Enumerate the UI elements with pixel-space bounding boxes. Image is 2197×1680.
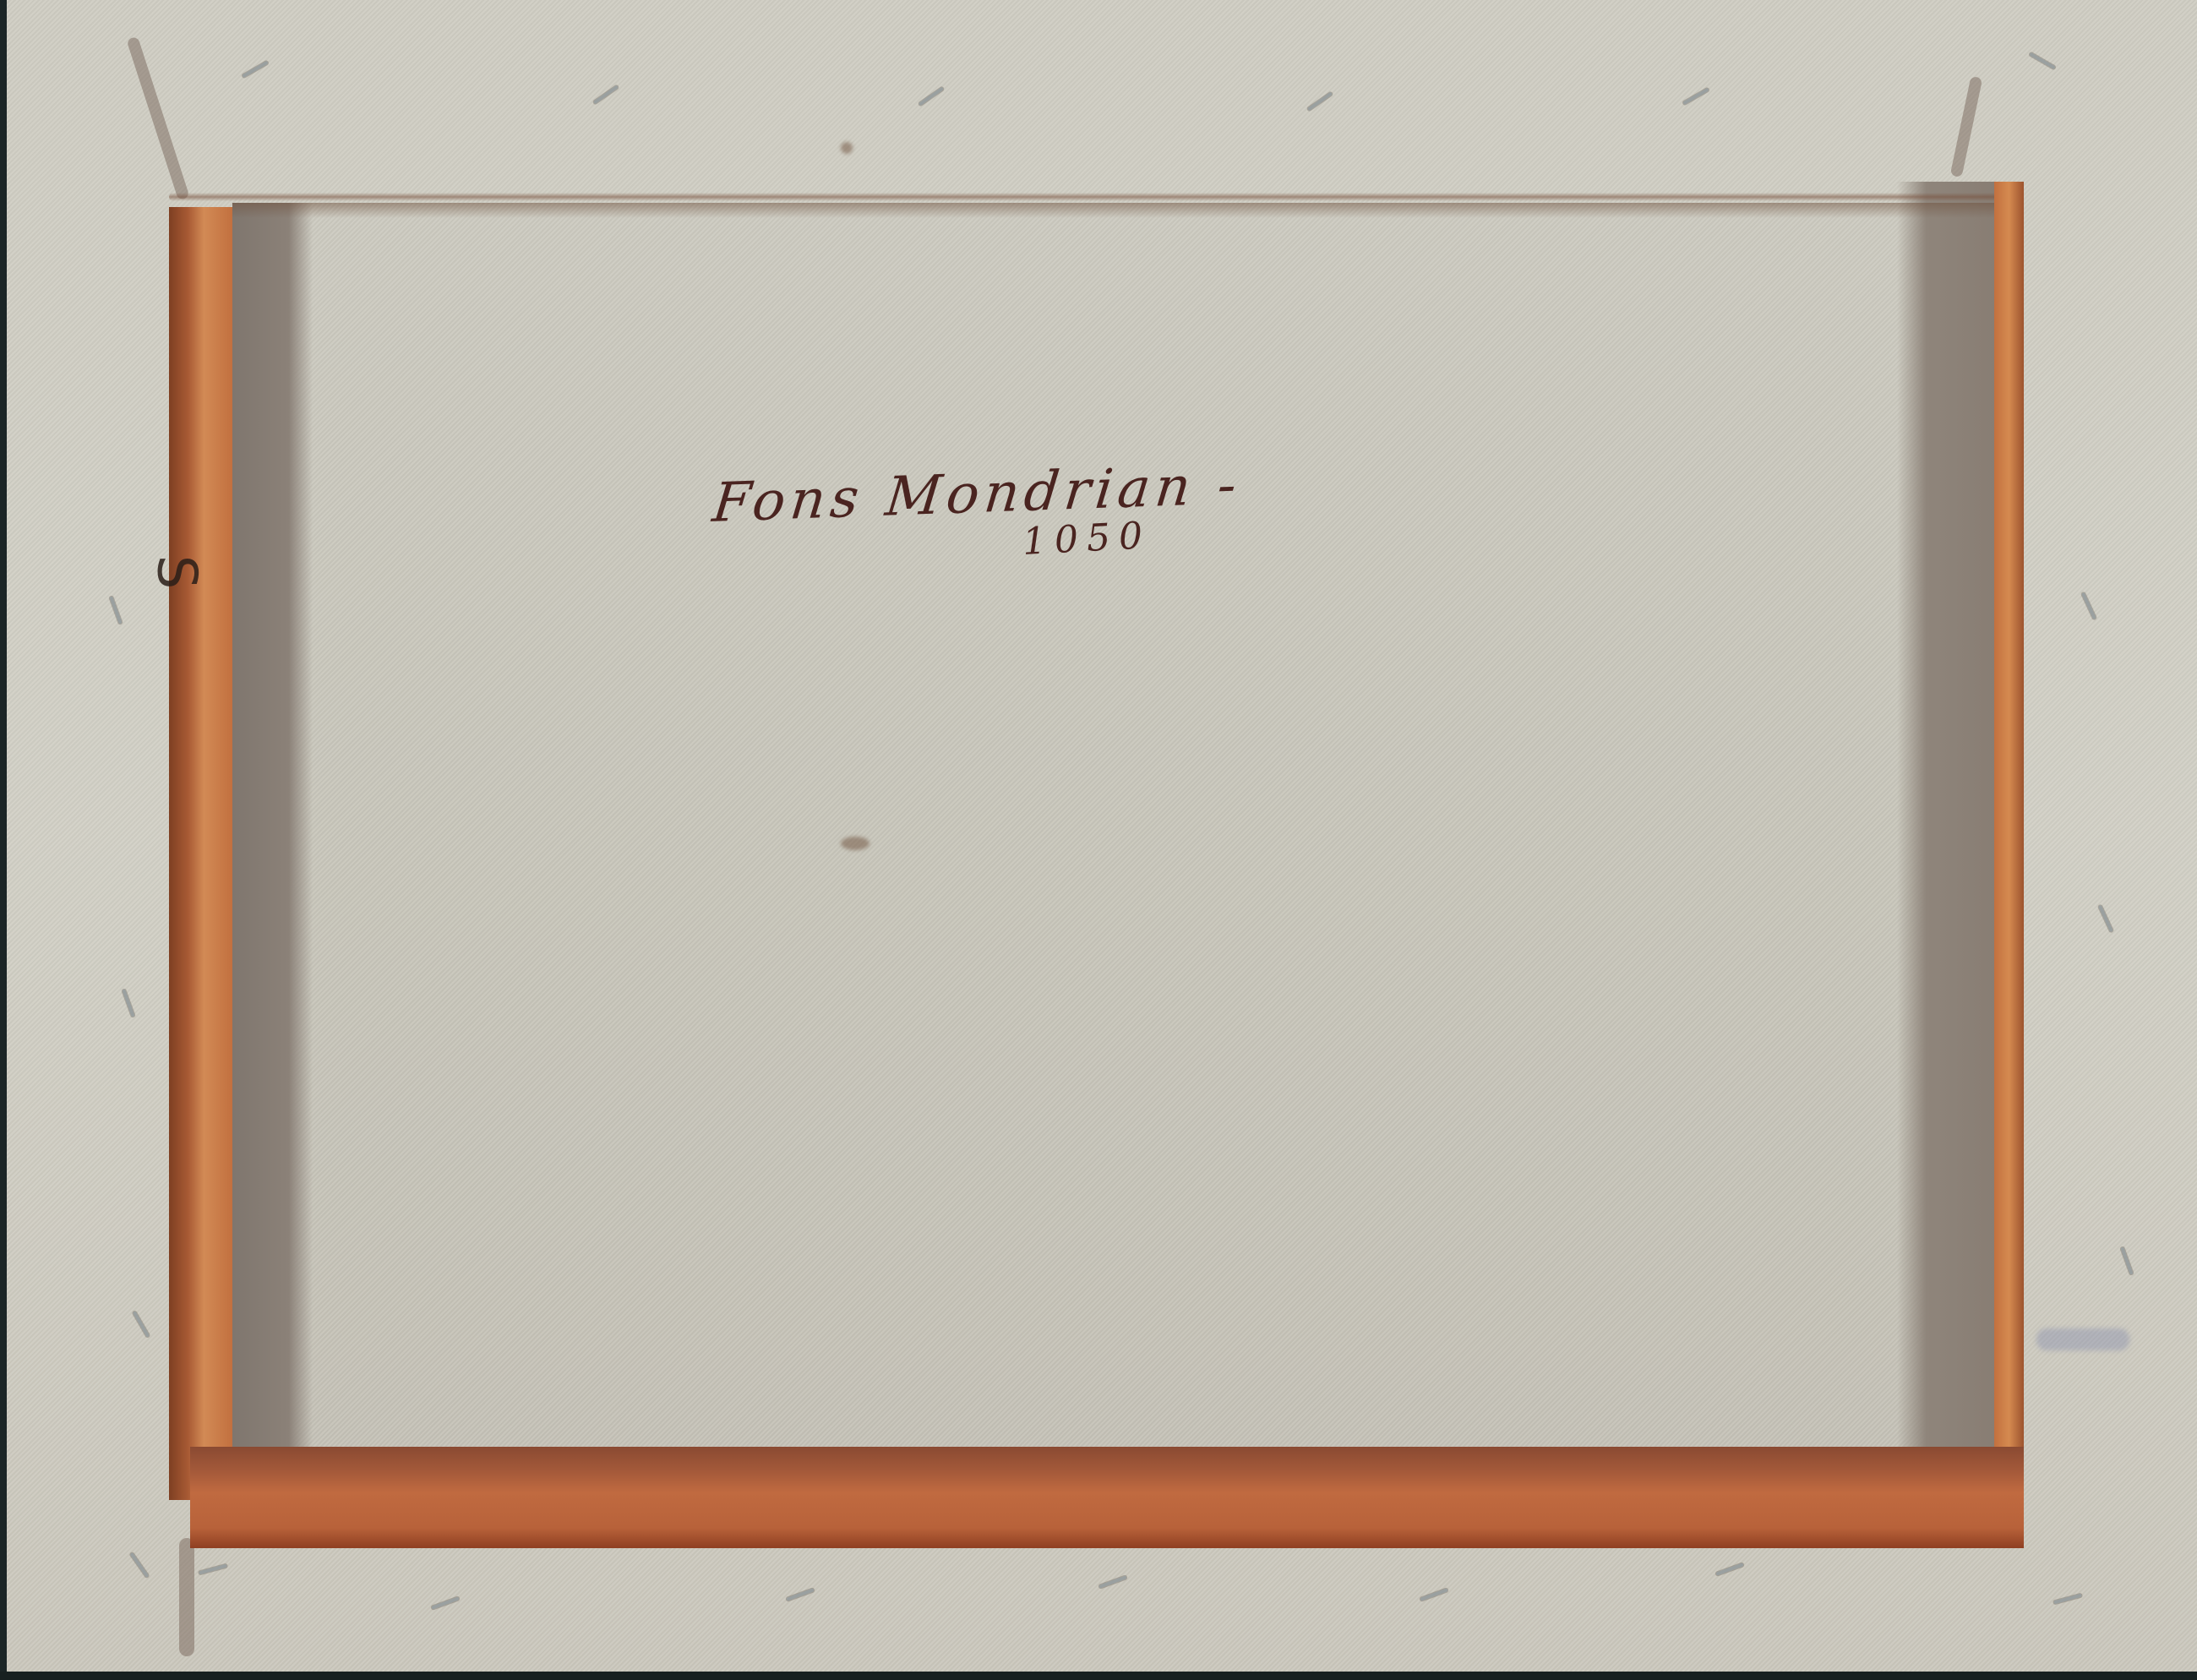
left-bar-shadow [232, 203, 313, 1447]
canvas-back-photo: S Fons Mondrian - 1050 [0, 0, 2197, 1680]
canvas-smudge [841, 837, 870, 850]
blue-pencil-mark [2036, 1328, 2129, 1350]
right-bar-shadow [1897, 182, 1994, 1447]
fabric-spot [841, 142, 853, 154]
top-edge-shadow [232, 203, 1994, 218]
inner-canvas [232, 203, 1994, 1447]
left-dark-edge [0, 0, 7, 1680]
top-fold-edge [169, 193, 2020, 201]
signature-date: 1050 [1022, 514, 1152, 564]
stretcher-bar-left [169, 207, 232, 1500]
stretcher-bar-bottom [190, 1447, 2024, 1548]
fabric-crease-bottom-left [179, 1538, 194, 1656]
bottom-dark-edge [0, 1672, 2197, 1680]
stretcher-bar-right [1994, 182, 2024, 1500]
stretcher-pencil-mark: S [144, 555, 207, 590]
